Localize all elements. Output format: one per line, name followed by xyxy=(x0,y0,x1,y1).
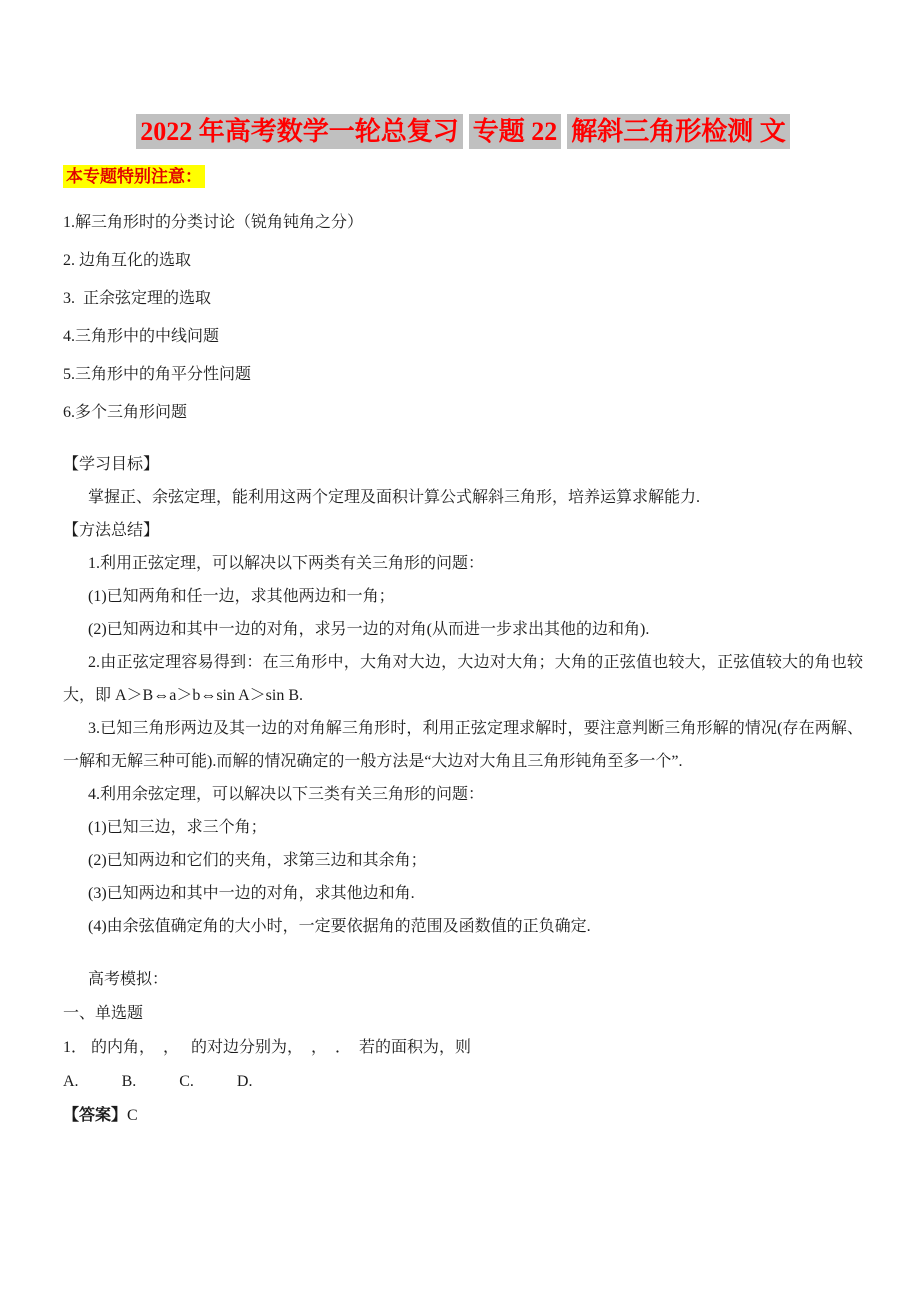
method-heading: 【方法总结】 xyxy=(63,514,863,547)
method-paragraph-5: 3.已知三角形两边及其一边的对角解三角形时，利用正弦定理求解时，要注意判断三角形… xyxy=(63,712,863,778)
document-page: 2022 年高考数学一轮总复习专题 22解斜三角形检测 文 本专题特别注意： 1… xyxy=(0,0,920,1133)
method-paragraph-8: (2)已知两边和它们的夹角，求第三边和其余角； xyxy=(63,844,863,877)
option-b: B. xyxy=(122,1073,137,1090)
notice-highlight: 本专题特别注意： xyxy=(63,165,205,188)
title-segment-1: 2022 年高考数学一轮总复习 xyxy=(136,114,463,149)
notice-item-1: 1.解三角形时的分类讨论（锐角钝角之分） xyxy=(63,204,863,242)
method-paragraph-9: (3)已知两边和其中一边的对角，求其他边和角. xyxy=(63,877,863,910)
method-paragraph-10: (4)由余弦值确定角的大小时，一定要依据角的范围及函数值的正负确定. xyxy=(63,910,863,943)
document-title: 2022 年高考数学一轮总复习专题 22解斜三角形检测 文 xyxy=(63,0,863,152)
option-a: A. xyxy=(63,1073,79,1090)
question-text: 1． 的内角， ， 的对边分别为， ， ． 若的面积为，则 xyxy=(63,1031,863,1065)
notice-item-3: 3. 正余弦定理的选取 xyxy=(63,280,863,318)
title-segment-2: 专题 22 xyxy=(469,114,562,149)
notice-item-6: 6.多个三角形问题 xyxy=(63,394,863,432)
notice-line: 本专题特别注意： xyxy=(63,164,863,190)
answer-value: C xyxy=(127,1107,138,1124)
exam-intro: 高考模拟： xyxy=(63,963,863,997)
option-c: C. xyxy=(179,1073,194,1090)
option-d: D. xyxy=(237,1073,253,1090)
method-paragraph-1: 1.利用正弦定理，可以解决以下两类有关三角形的问题： xyxy=(63,547,863,580)
answer-line: 【答案】C xyxy=(63,1099,863,1133)
answer-label: 【答案】 xyxy=(63,1107,127,1124)
objective-body: 掌握正、余弦定理，能利用这两个定理及面积计算公式解斜三角形，培养运算求解能力. xyxy=(63,481,863,514)
notice-item-2: 2. 边角互化的选取 xyxy=(63,242,863,280)
title-segment-3: 解斜三角形检测 文 xyxy=(567,114,790,149)
notice-item-4: 4.三角形中的中线问题 xyxy=(63,318,863,356)
objective-heading: 【学习目标】 xyxy=(63,448,863,481)
method-paragraph-7: (1)已知三边，求三个角； xyxy=(63,811,863,844)
method-paragraph-4: 2.由正弦定理容易得到：在三角形中，大角对大边，大边对大角；大角的正弦值也较大，… xyxy=(63,646,863,712)
notice-list: 1.解三角形时的分类讨论（锐角钝角之分） 2. 边角互化的选取 3. 正余弦定理… xyxy=(63,204,863,432)
method-paragraph-2: (1)已知两角和任一边，求其他两边和一角； xyxy=(63,580,863,613)
options-row: A.B.C.D. xyxy=(63,1065,863,1099)
method-paragraph-3: (2)已知两边和其中一边的对角，求另一边的对角(从而进一步求出其他的边和角). xyxy=(63,613,863,646)
exam-section-heading: 一、单选题 xyxy=(63,997,863,1031)
notice-item-5: 5.三角形中的角平分性问题 xyxy=(63,356,863,394)
method-summary: 1.利用正弦定理，可以解决以下两类有关三角形的问题： (1)已知两角和任一边，求… xyxy=(63,547,863,943)
method-paragraph-6: 4.利用余弦定理，可以解决以下三类有关三角形的问题： xyxy=(63,778,863,811)
